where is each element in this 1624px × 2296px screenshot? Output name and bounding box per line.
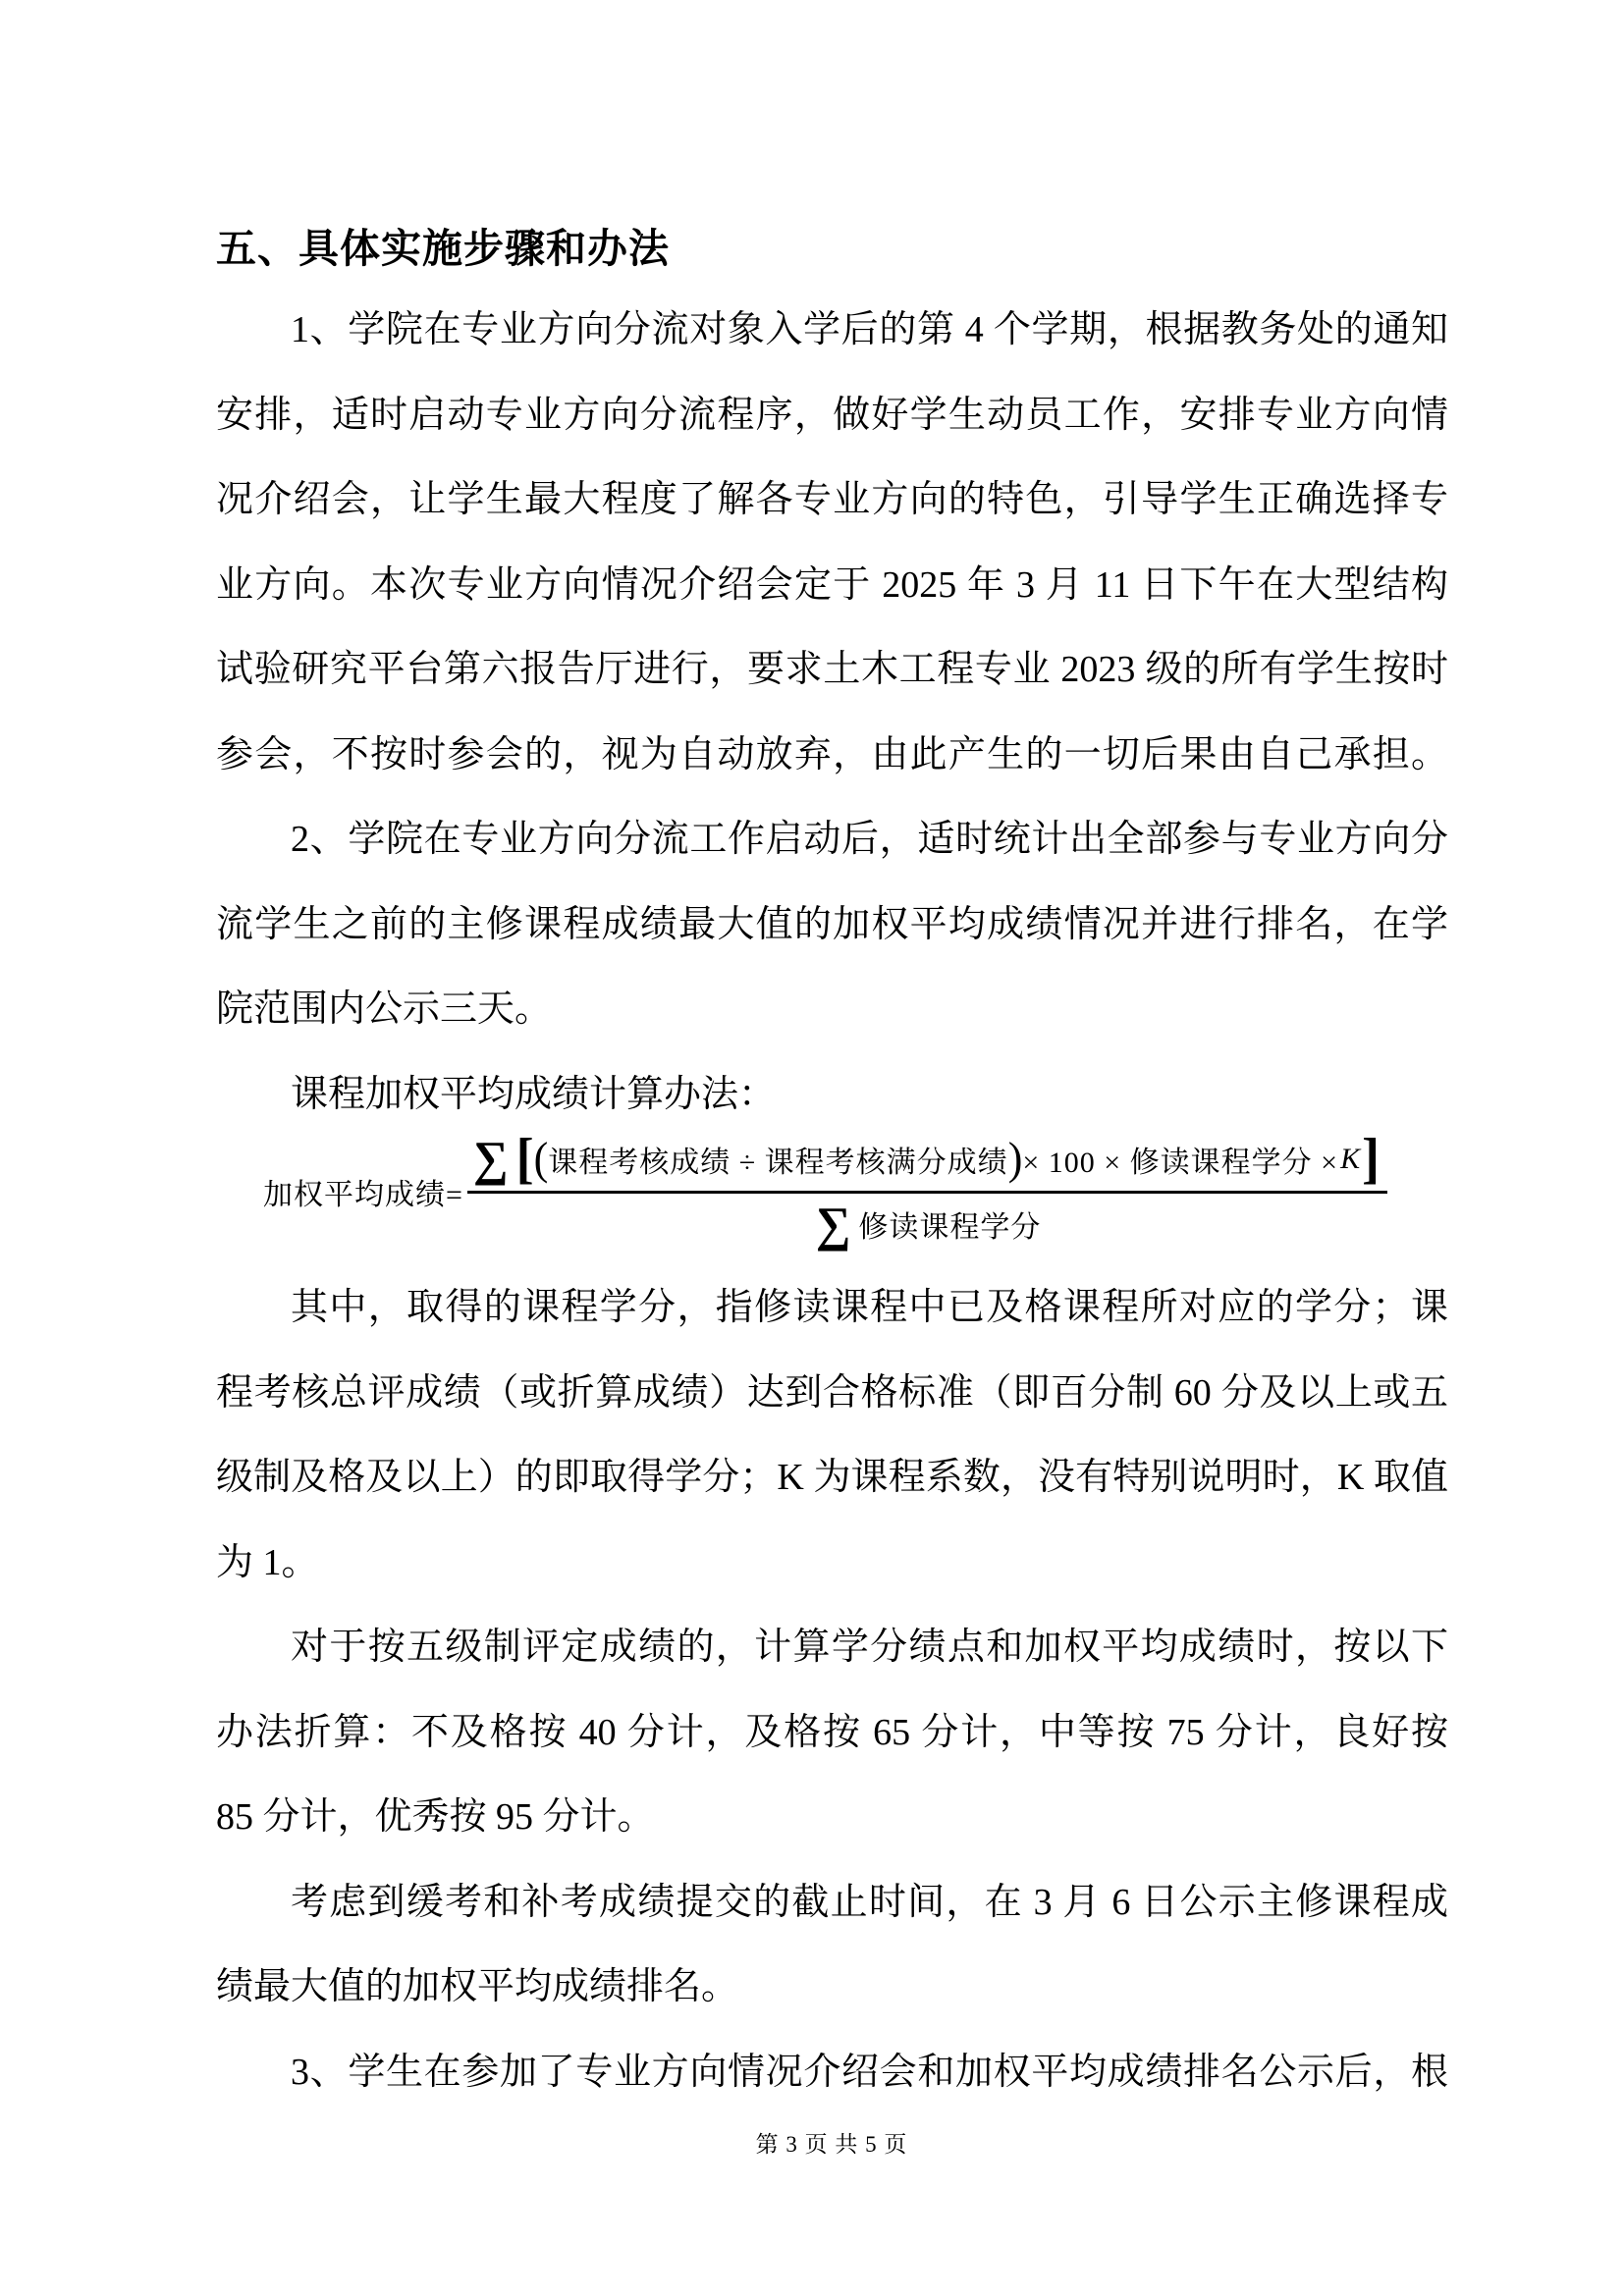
formula-part: 修读课程学分	[858, 1202, 1041, 1246]
text-line: 对于按五级制评定成绩的，计算学分绩点和加权平均成绩时，按以下	[216, 1605, 1448, 1690]
text-line: 课程加权平均成绩计算办法：	[216, 1052, 1448, 1138]
paragraph-block-2: 其中，取得的课程学分，指修读课程中已及格课程所对应的学分；课程考核总评成绩（或折…	[216, 1265, 1448, 2114]
text-line: 院范围内公示三天。	[216, 967, 1448, 1052]
text-line: 2、学院在专业方向分流工作启动后，适时统计出全部参与专业方向分	[216, 797, 1448, 882]
text-line: 为 1。	[216, 1521, 1448, 1606]
section-heading: 五、具体实施步骤和办法	[216, 216, 670, 274]
sigma-symbol: ∑	[816, 1202, 851, 1247]
formula-denominator: ∑修读课程学分	[814, 1194, 1042, 1247]
text-line: 况介绍会，让学生最大程度了解各专业方向的特色，引导学生正确选择专	[216, 457, 1448, 543]
text-line: 办法折算：不及格按 40 分计，及格按 65 分计，中等按 75 分计，良好按	[216, 1690, 1448, 1776]
text-line: 安排，适时启动专业方向分流程序，做好学生动员工作，安排专业方向情	[216, 373, 1448, 458]
formula-part: (	[534, 1139, 549, 1180]
document-page: 五、具体实施步骤和办法 1、学院在专业方向分流对象入学后的第 4 个学期，根据教…	[0, 0, 1624, 2296]
paragraph-block-1: 1、学院在专业方向分流对象入学后的第 4 个学期，根据教务处的通知安排，适时启动…	[216, 288, 1448, 1137]
page-number: 第 3 页 共 5 页	[20, 2126, 1624, 2159]
formula-fraction: ∑[(课程考核成绩 ÷ 课程考核满分成绩)× 100 × 修读课程学分 ×K] …	[467, 1137, 1387, 1247]
weighted-average-formula: 加权平均成绩= ∑[(课程考核成绩 ÷ 课程考核满分成绩)× 100 × 修读课…	[263, 1137, 1387, 1247]
formula-lhs: 加权平均成绩=	[263, 1170, 463, 1213]
text-line: 程考核总评成绩（或折算成绩）达到合格标准（即百分制 60 分及以上或五	[216, 1351, 1448, 1436]
text-line: 1、学院在专业方向分流对象入学后的第 4 个学期，根据教务处的通知	[216, 288, 1448, 373]
text-line: 参会，不按时参会的，视为自动放弃，由此产生的一切后果由自己承担。	[216, 713, 1448, 798]
formula-part: × 100 × 修读课程学分 ×	[1022, 1138, 1338, 1181]
text-line: 业方向。本次专业方向情况介绍会定于 2025 年 3 月 11 日下午在大型结构	[216, 543, 1448, 628]
text-line: 考虑到缓考和补考成绩提交的截止时间，在 3 月 6 日公示主修课程成	[216, 1860, 1448, 1946]
formula-part: )	[1008, 1139, 1023, 1180]
text-line: 85 分计，优秀按 95 分计。	[216, 1775, 1448, 1860]
sigma-symbol: ∑	[473, 1137, 509, 1181]
text-line: 流学生之前的主修课程成绩最大值的加权平均成绩情况并进行排名，在学	[216, 882, 1448, 968]
text-line: 其中，取得的课程学分，指修读课程中已及格课程所对应的学分；课	[216, 1265, 1448, 1351]
text-line: 级制及格及以上）的即取得学分；K 为课程系数，没有特别说明时，K 取值	[216, 1435, 1448, 1521]
formula-part: 课程考核成绩 ÷ 课程考核满分成绩	[548, 1138, 1007, 1181]
formula-numerator: ∑[(课程考核成绩 ÷ 课程考核满分成绩)× 100 × 修读课程学分 ×K]	[467, 1137, 1387, 1194]
text-line: 试验研究平台第六报告厅进行，要求土木工程专业 2023 级的所有学生按时	[216, 627, 1448, 713]
formula-part: [	[516, 1136, 534, 1183]
formula-part: K	[1340, 1143, 1360, 1176]
formula-part: ]	[1362, 1136, 1380, 1183]
text-line: 3、学生在参加了专业方向情况介绍会和加权平均成绩排名公示后，根	[216, 2030, 1448, 2115]
text-line: 绩最大值的加权平均成绩排名。	[216, 1945, 1448, 2030]
